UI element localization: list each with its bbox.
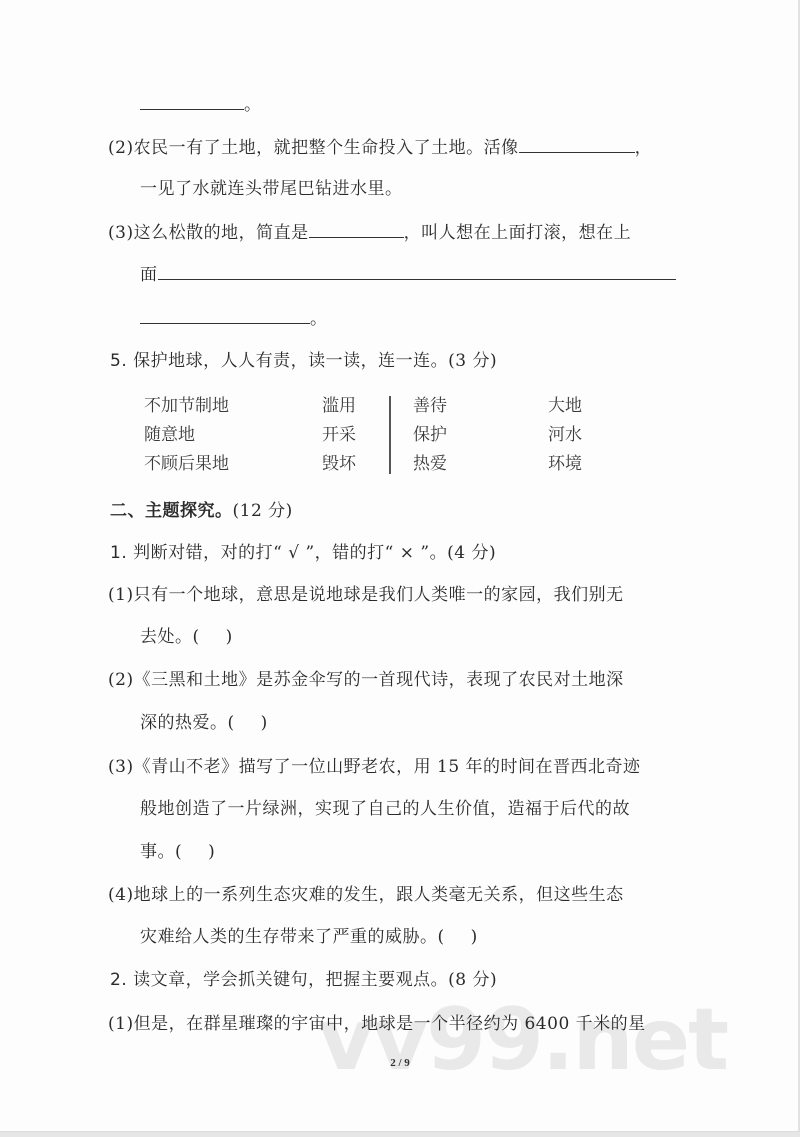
s2-question-1: 1. 判断对错，对的打“ √ ”，错的打“ × ”。(4 分) [110,542,496,564]
question-text: ，叫人想在上面打滚，想在上 [404,223,632,243]
punctuation: ， [635,138,653,158]
match-right-verb-1[interactable]: 善待 [413,395,447,417]
match-right-verb-3[interactable]: 热爱 [413,453,447,475]
item-label: (1) [108,1014,134,1034]
item-text: 地球上的一系列生态灾难的发生，跟人类毫无关系，但这些生态 [134,885,624,905]
question-4-3-line2: 面 [140,264,676,286]
continuation-line: 。 [140,94,262,116]
item-label: (4) [108,885,134,905]
question-4-2-line2: 一见了水就连头带尾巴钻进水里。 [140,178,403,200]
match-left-1[interactable]: 不加节制地 [144,395,229,417]
question-text: 农民一有了土地，就把整个生命投入了土地。活像 [134,138,519,158]
item-text: 深的热爱。( [140,713,235,733]
question-text: 保护地球，人人有责，读一读，连一连。(3 分) [133,351,497,371]
match-noun-1[interactable]: 大地 [548,395,582,417]
question-4-3-line3: 。 [140,308,328,330]
section-title: 二、主题探究。 [110,501,233,521]
item-text: 灾难给人类的生存带来了严重的威胁。( [140,927,445,947]
item-label: (3) [108,757,134,777]
match-noun-3[interactable]: 环境 [548,453,582,475]
item-text: 《三黑和土地》是苏金伞写的一首现代诗，表现了农民对土地深 [134,670,624,690]
judge-item-3: (3)《青山不老》描写了一位山野老农，用 15 年的时间在晋西北奇迹 [108,756,641,778]
question-4-2: (2)农民一有了土地，就把整个生命投入了土地。活像， [108,137,652,159]
judge-item-4-line2: 灾难给人类的生存带来了严重的威胁。() [140,926,478,948]
paren-close: ) [226,627,233,647]
answer-blank[interactable] [140,309,310,324]
question-number: 2. [110,970,127,990]
paren-close: ) [471,927,478,947]
match-left-3[interactable]: 不顾后果地 [144,453,229,475]
item-label: (1) [108,585,134,605]
page-bottom-border [0,1131,800,1137]
section-2-heading: 二、主题探究。(12 分) [110,500,293,522]
item-text: 《青山不老》描写了一位山野老农，用 15 年的时间在晋西北奇迹 [134,757,641,777]
question-text: 读文章，学会抓关键句，把握主要观点。(8 分) [133,970,497,990]
passage-paragraph-1: (1)但是，在群星璀璨的宇宙中，地球是一个半径约为 6400 千米的星 [108,1013,646,1035]
question-text: 这么松散的地，简直是 [134,223,309,243]
item-text: 事。( [140,842,182,862]
judge-item-3-line3: 事。() [140,841,215,863]
match-verb-3[interactable]: 毁坏 [322,453,356,475]
paren-close: ) [261,713,268,733]
question-4-3: (3)这么松散的地，简直是，叫人想在上面打滚，想在上 [108,222,631,244]
period: 。 [244,95,262,115]
watermark: vv99.net [318,990,727,1090]
judge-item-1-line2: 去处。() [140,626,233,648]
passage-text: 但是，在群星璀璨的宇宙中，地球是一个半径约为 6400 千米的星 [134,1014,646,1034]
s2-question-2: 2. 读文章，学会抓关键句，把握主要观点。(8 分) [110,969,497,991]
question-number: 1. [110,543,127,563]
question-number: 5. [110,351,127,371]
item-text: 去处。( [140,627,200,647]
question-text: 判断对错，对的打“ √ ”，错的打“ × ”。(4 分) [133,543,496,563]
period: 。 [310,309,328,329]
paren-close: ) [208,842,215,862]
column-divider [389,396,391,474]
section-score: (12 分) [233,501,293,521]
question-5: 5. 保护地球，人人有责，读一读，连一连。(3 分) [110,350,497,372]
judge-item-2: (2)《三黑和土地》是苏金伞写的一首现代诗，表现了农民对土地深 [108,669,624,691]
item-label: (2) [108,670,134,690]
item-label: (3) [108,223,134,243]
judge-item-4: (4)地球上的一系列生态灾难的发生，跟人类毫无关系，但这些生态 [108,884,624,906]
answer-blank[interactable] [519,138,635,153]
answer-blank[interactable] [140,95,244,110]
judge-item-2-line2: 深的热爱。() [140,712,268,734]
match-noun-2[interactable]: 河水 [548,424,582,446]
match-right-verb-2[interactable]: 保护 [413,424,447,446]
match-verb-2[interactable]: 开采 [322,424,356,446]
question-text: 面 [140,265,158,285]
answer-blank[interactable] [309,223,404,238]
answer-blank[interactable] [158,265,676,280]
item-label: (2) [108,138,134,158]
judge-item-3-line2: 般地创造了一片绿洲，实现了自己的人生价值，造福于后代的故 [140,798,630,820]
judge-item-1: (1)只有一个地球，意思是说地球是我们人类唯一的家园，我们别无 [108,584,624,606]
match-verb-1[interactable]: 滥用 [322,395,356,417]
match-left-2[interactable]: 随意地 [144,424,195,446]
page-number: 2 / 9 [0,1057,800,1069]
item-text: 只有一个地球，意思是说地球是我们人类唯一的家园，我们别无 [134,585,624,605]
